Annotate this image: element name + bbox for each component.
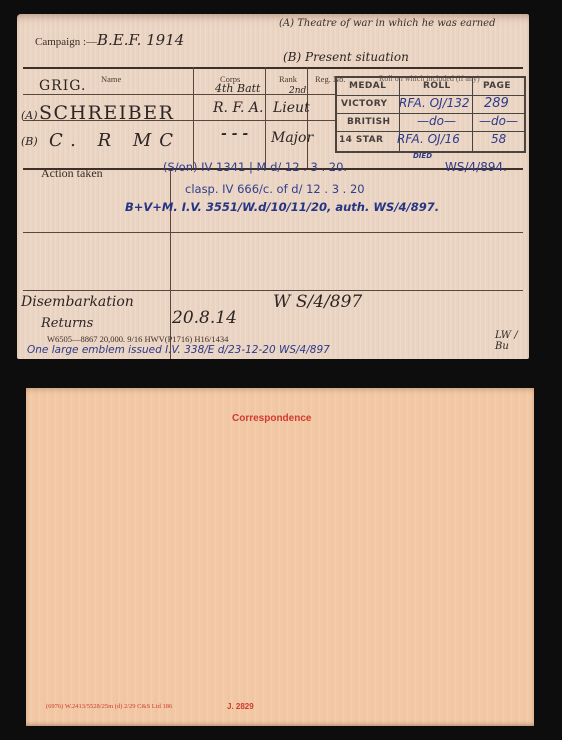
- action-line-2: clasp. IV 666/c. of d/ 12 . 3 . 20: [185, 182, 365, 196]
- rank-header: Rank: [279, 74, 297, 84]
- rank-divider: [265, 67, 266, 170]
- name-prefix-a: (A): [21, 109, 38, 122]
- header-rule: [23, 67, 523, 69]
- surname: SCHREIBER: [39, 102, 174, 124]
- name-header: Name: [101, 74, 121, 84]
- action-divider: [170, 169, 171, 359]
- present-situation-note: (B) Present situation: [283, 50, 409, 64]
- medal-british: BRITISH: [347, 117, 390, 127]
- disembarkation-date: 20.8.14: [172, 308, 237, 328]
- roll-column-header: ROLL: [423, 81, 451, 91]
- medal-index-card-front: Campaign :— B.E.F. 1914 (A) Theatre of w…: [17, 14, 529, 359]
- corps-ditto: - - -: [221, 126, 248, 142]
- corps-unit: R. F. A.: [213, 100, 263, 116]
- clerk-initials: LW / Bu: [495, 330, 525, 352]
- action-taken-label: Action taken: [41, 166, 103, 181]
- medal-14-star: 14 STAR: [339, 135, 383, 145]
- reg-divider: [307, 67, 308, 170]
- action-line-3: B+V+M. I.V. 3551/W.d/10/11/20, auth. WS/…: [125, 200, 439, 214]
- rank-ordinal: 2nd: [289, 86, 306, 96]
- action-ws-ref: WS/4/894.: [445, 160, 507, 174]
- corps-battalion: 4th Batt: [215, 82, 260, 95]
- rank-second: Major: [271, 130, 313, 146]
- action-bottom-rule: [23, 232, 523, 233]
- page-british: —do—: [479, 114, 518, 128]
- ws-reference: W S/4/897: [273, 292, 362, 312]
- page-victory: 289: [484, 96, 509, 111]
- campaign-value: B.E.F. 1914: [97, 31, 184, 49]
- name-line-1: GRIG.: [39, 78, 86, 94]
- disembarkation-label: Disembarkation: [21, 294, 134, 310]
- roll-victory: RFA. OJ/132: [399, 96, 470, 110]
- name-prefix-b: (B): [21, 135, 38, 148]
- corps-divider: [193, 67, 194, 170]
- emblem-note: One large emblem issued I.V. 338/E d/23-…: [27, 344, 330, 356]
- medal-roll-table: MEDAL ROLL PAGE VICTORY RFA. OJ/132 289 …: [335, 76, 526, 153]
- theatre-note: (A) Theatre of war in which he was earne…: [279, 18, 496, 29]
- returns-label: Returns: [41, 316, 93, 331]
- campaign-label: Campaign :—: [35, 36, 97, 48]
- page-14-star: 58: [491, 132, 506, 146]
- printer-line-back: (6976) W.2413/5528/25m (d) 2/29 C&S Ltd …: [46, 703, 172, 710]
- rank-first: Lieut: [273, 100, 310, 116]
- correspondence-title: Correspondence: [232, 413, 311, 424]
- printer-line-front: W6505—8867 20,000. 9/16 HWV(P1716) H16/1…: [47, 334, 228, 344]
- roll-british: —do—: [417, 114, 456, 128]
- medal-column-header: MEDAL: [349, 81, 386, 91]
- blank-row-rule: [23, 290, 523, 291]
- medal-index-card-back: Correspondence (6976) W.2413/5528/25m (d…: [26, 388, 534, 726]
- initials-and-honours: C. R MC: [49, 130, 181, 151]
- page-column-header: PAGE: [483, 81, 511, 91]
- action-died-note: DIED: [413, 152, 432, 160]
- form-number: J. 2829: [227, 702, 254, 711]
- roll-14-star: RFA. OJ/16: [397, 132, 460, 146]
- action-line-1: (S/on) IV 1341 | M d/ 12 . 3 . 20.: [163, 160, 347, 174]
- medal-victory: VICTORY: [341, 99, 387, 109]
